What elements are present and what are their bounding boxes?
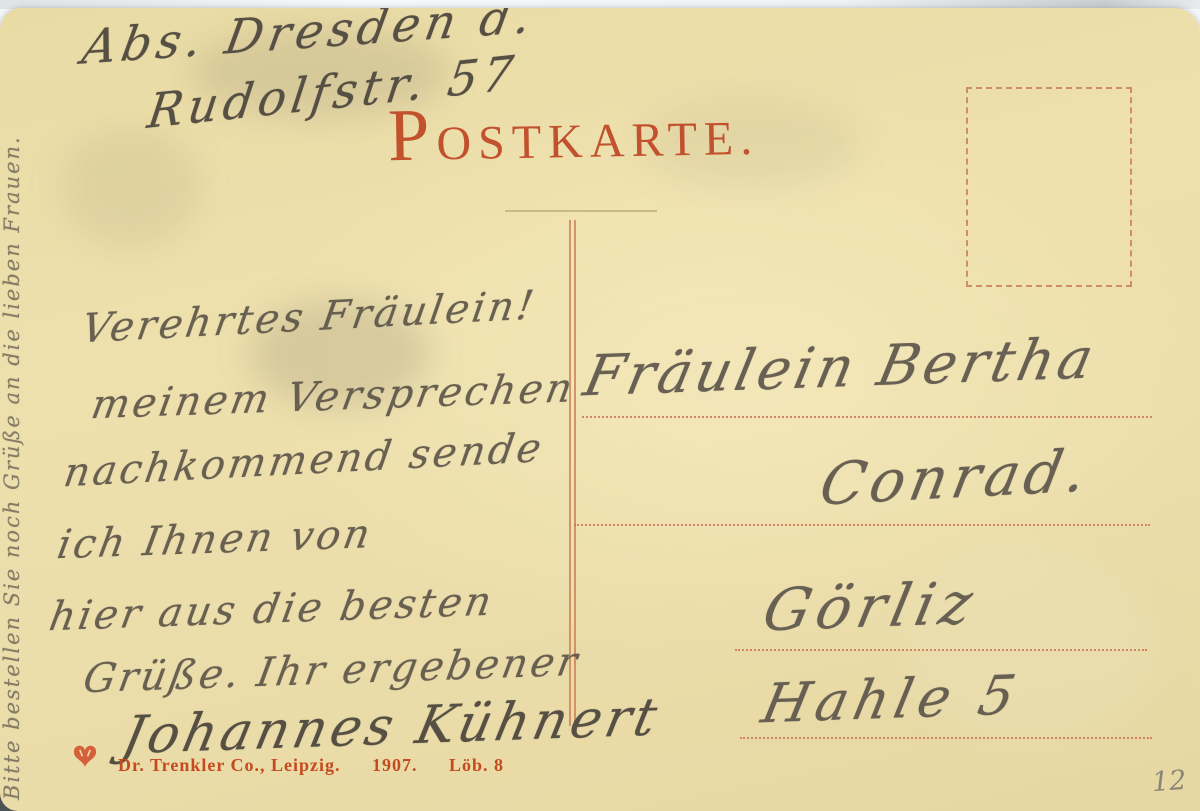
postcard-scan: POSTKARTE. Abs. Dresden d. Rudolfstr. 57…: [0, 0, 1200, 811]
message-line-2: meinem Versprechen: [88, 365, 579, 428]
imprint-publisher: Dr. Trenkler Co., Leipzig.: [118, 755, 341, 775]
address-surname-line: Conrad.: [815, 436, 1098, 519]
address-rule-3: [735, 647, 1147, 651]
address-rule-2: [574, 522, 1150, 526]
margin-note-vertical: Bitte bestellen Sie noch Grüße an die li…: [0, 260, 44, 800]
message-line-3: nachkommend sende: [61, 425, 548, 497]
address-city-line: Görliz: [757, 569, 984, 645]
message-line-1: Verehrtes Fräulein!: [79, 282, 540, 352]
imprint-year: 1907.: [372, 755, 418, 775]
imprint-plate: Löb. 8: [449, 755, 504, 775]
address-rule-1: [582, 414, 1152, 418]
postkarte-title: POSTKARTE.: [387, 101, 759, 172]
title-underline-rule: [505, 210, 657, 212]
address-name-line: Fräulein Bertha: [578, 326, 1103, 409]
message-line-4: ich Ihnen von: [54, 511, 377, 568]
address-rule-4: [740, 735, 1152, 739]
address-street-line: Hahle 5: [757, 663, 1027, 735]
paper-smudge: [60, 128, 200, 248]
pencil-number: 12: [1151, 765, 1187, 798]
message-line-5: hier aus die besten: [46, 579, 498, 641]
stamp-box: [966, 87, 1132, 287]
postcard-paper: POSTKARTE. Abs. Dresden d. Rudolfstr. 57…: [0, 8, 1200, 811]
publisher-imprint: Dr. Trenkler Co., Leipzig. 1907. Löb. 8: [118, 755, 530, 776]
publisher-trefoil-icon: [72, 741, 98, 769]
